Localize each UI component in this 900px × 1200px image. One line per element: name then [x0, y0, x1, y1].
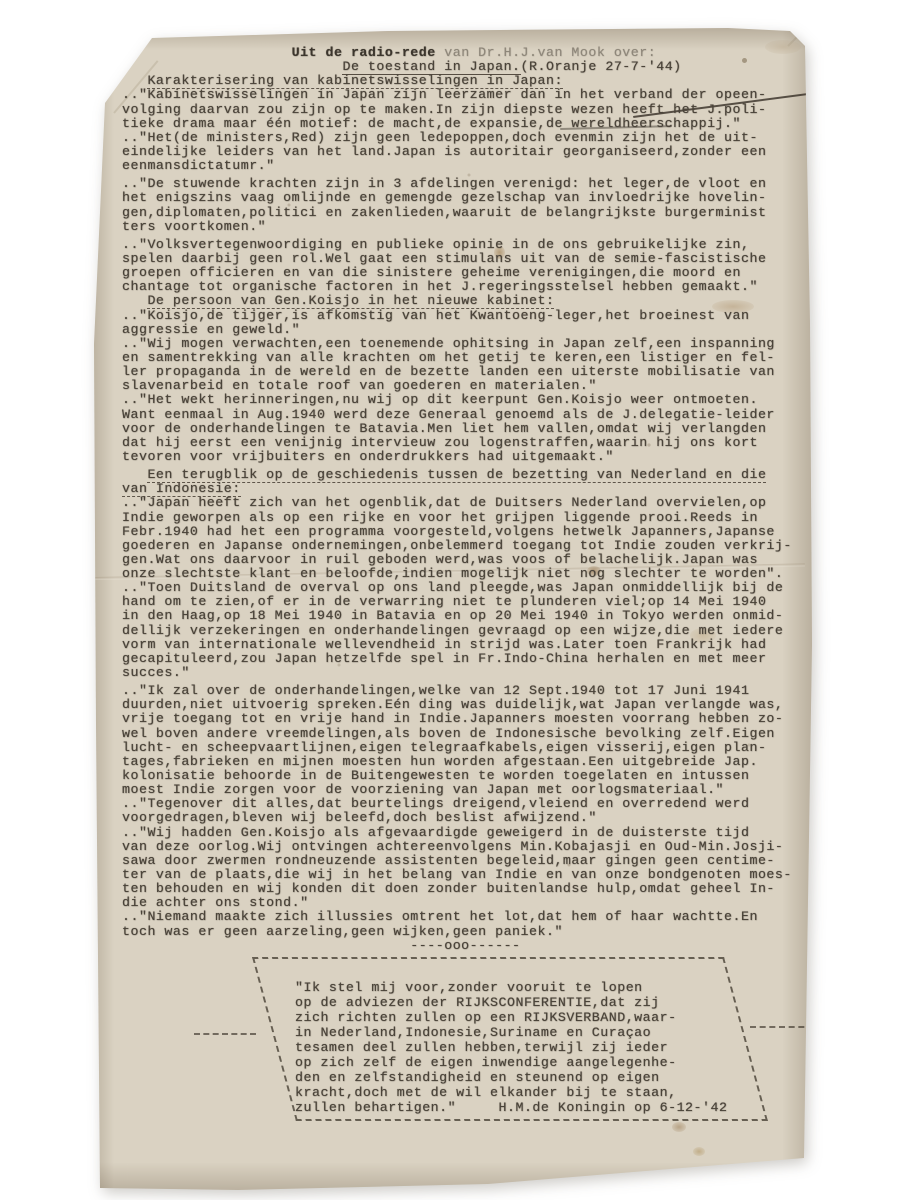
typewritten-line: tevoren voor vrijbuiters en onderdrukker… [122, 450, 806, 464]
quote-line: op zich zelf de eigen inwendige aangeleg… [295, 1055, 727, 1070]
typewritten-text-block: Uit de radio-rede van Dr.H.J.van Mook ov… [122, 46, 806, 953]
typewritten-line: dellijk verzekeringen en onderhandelinge… [122, 624, 806, 638]
quote-line: kracht,doch met de wil elkander bij te s… [295, 1085, 727, 1100]
typewritten-line: eindelijke leiders van het land.Japan is… [122, 145, 806, 159]
typewritten-line: voorgedragen,bleven wij beleefd,doch bes… [122, 811, 806, 825]
typewritten-line: gen,diplomaten,politici en zakenlieden,w… [122, 206, 806, 220]
typewritten-line: Karakterisering van kabinetswisselingen … [122, 74, 806, 88]
typewritten-line: moest Indie zorgen voor de voorziening v… [122, 783, 806, 797]
quote-line: zullen behartigen." H.M.de Koningin op 6… [295, 1100, 727, 1115]
typewritten-line: .."Volksvertegenwoordiging en publieke o… [122, 238, 806, 252]
typewritten-line: wel boven andere vreemdelingen,als boven… [122, 727, 806, 741]
typewritten-line: Indie geworpen als op een rijke en voor … [122, 511, 806, 525]
typewritten-line: toch was er geen aarzeling,geen wijken,g… [122, 925, 806, 939]
typewritten-line: ----ooo------ [122, 939, 806, 953]
typewritten-line: ters voortkomen." [122, 220, 806, 234]
typewritten-line: en samentrekking van alle krachten om he… [122, 351, 806, 365]
typewritten-line: dat hij eerst een venijnig intervieuw zo… [122, 436, 806, 450]
typewritten-line: lucht- en scheepvaartlijnen,eigen telegr… [122, 741, 806, 755]
typewritten-line: onze slechtste klant en beloofde,indien … [122, 567, 806, 581]
typewritten-line: Een terugblik op de geschiedenis tussen … [122, 468, 806, 482]
quote-line: in Nederland,Indonesie,Suriname en Curaç… [295, 1025, 727, 1040]
typewritten-line: .."Kabinetswisselingen in Japan zijn lee… [122, 88, 806, 102]
typewritten-line: van deze oorlog.Wij ontvingen achtereenv… [122, 840, 806, 854]
quote-line: den en zelfstandigheid en steunend op ei… [295, 1070, 727, 1085]
typewritten-line: De toestand in Japan.(R.Oranje 27-7-'44) [122, 60, 806, 74]
typewritten-line: goederen en Japanse ondernemingen,onbele… [122, 539, 806, 553]
quote-line: "Ik stel mij voor,zonder vooruit te lope… [295, 980, 727, 995]
typewritten-line: van Indonesie: [122, 482, 806, 496]
paper-shadow-wrapper: Uit de radio-rede van Dr.H.J.van Mook ov… [88, 24, 812, 1196]
typewritten-line: het enigszins vaag omlijnde en gemengde … [122, 191, 806, 205]
document-photo: Uit de radio-rede van Dr.H.J.van Mook ov… [0, 0, 900, 1200]
typewritten-line: voor de onderhandelingen te Batavia.Men … [122, 422, 806, 436]
typewritten-line: Febr.1940 had het een programma voorgest… [122, 525, 806, 539]
typewritten-line: slavenarbeid en totale roof van goederen… [122, 379, 806, 393]
quote-line: op de adviezen der RIJKSCONFERENTIE,dat … [295, 995, 727, 1010]
typewritten-line: .."Tegenover dit alles,dat beurtelings d… [122, 797, 806, 811]
typewritten-line: succes." [122, 666, 806, 680]
typewritten-line: volging daarvan zou zijn op te maken.In … [122, 103, 806, 117]
typewritten-line: vrije toegang tot en vrije hand in Indie… [122, 712, 806, 726]
typewritten-line: duurden,niet uitvoerig spreken.Eén ding … [122, 698, 806, 712]
quote-line: tesamen deel zullen hebben,terwijl zij i… [295, 1040, 727, 1055]
typewritten-line: hand om te zien,of er in de verwarring n… [122, 595, 806, 609]
typewritten-line: tages,fabrieken en mijnen moesten hun wo… [122, 755, 806, 769]
typewritten-line: Want eenmaal in Aug.1940 werd deze Gener… [122, 408, 806, 422]
typewritten-line: Uit de radio-rede van Dr.H.J.van Mook ov… [122, 46, 806, 60]
typewritten-line: .."De stuwende krachten zijn in 3 afdeli… [122, 177, 806, 191]
queen-quote-text-block: "Ik stel mij voor,zonder vooruit te lope… [295, 980, 727, 1115]
typewritten-line: ter van de plaats,die wij in het belang … [122, 868, 806, 882]
typewritten-line: .."Ik zal over de onderhandelingen,welke… [122, 684, 806, 698]
top-right-corner-crease [787, 30, 804, 47]
typewritten-line: tieke drama maar één motief: de macht,de… [122, 117, 806, 131]
typewritten-line: .."Het(de ministers,Red) zijn geen ledep… [122, 131, 806, 145]
typewritten-line: sawa door zwermen rondneuzende assistent… [122, 854, 806, 868]
typewritten-line: chantage tot organische factoren in het … [122, 280, 806, 294]
typewritten-line: in den Haag,op 18 Mei 1940 in Batavia en… [122, 609, 806, 623]
typewritten-line: .."Koisjo,de tijger,is afkomstig van het… [122, 309, 806, 323]
typewritten-line: kolonisatie behoorde in de Buitengeweste… [122, 769, 806, 783]
typewritten-line: .."Het wekt herinneringen,nu wij op dit … [122, 393, 806, 407]
typewritten-line: .."Japan heeft zich van het ogenblik,dat… [122, 496, 806, 510]
typewritten-line: eenmansdictatumr." [122, 159, 806, 173]
typewritten-line: .."Wij mogen verwachten,een toenemende o… [122, 337, 806, 351]
typewritten-line: aggressie en geweld." [122, 323, 806, 337]
typewritten-line: .."Toen Duitsland de overval op ons land… [122, 581, 806, 595]
typewritten-line: die achter ons stond." [122, 896, 806, 910]
typewritten-line: .."Niemand maakte zich illussies omtrent… [122, 910, 806, 924]
typewritten-line: ten behouden en wij konden dit doen zond… [122, 882, 806, 896]
ink-stain [693, 1147, 705, 1156]
typewritten-line: De persoon van Gen.Koisjo in het nieuwe … [122, 294, 806, 308]
typewritten-line: gen.Wat ons daarvoor in ruil geboden wer… [122, 553, 806, 567]
aged-paper-sheet: Uit de radio-rede van Dr.H.J.van Mook ov… [88, 24, 812, 1196]
typewritten-line: gecapituleerd,zou Japan hetzelfde spel i… [122, 652, 806, 666]
ink-stain [672, 1122, 686, 1132]
typewritten-line: spelen daarbij geen rol.Wel gaat een sti… [122, 252, 806, 266]
typewritten-line: vorm van internationale wellevendheid in… [122, 638, 806, 652]
quote-line: zich richten zullen op een RIJKSVERBAND,… [295, 1010, 727, 1025]
typewritten-line: ler propaganda in de wereld en de bezett… [122, 365, 806, 379]
paper-speckles [88, 24, 90, 26]
typed-dash-extension-left [194, 1033, 256, 1035]
typewritten-line: .."Wij hadden Gen.Koisjo als afgevaardig… [122, 826, 806, 840]
typed-dash-extension-right [750, 1026, 814, 1028]
typewritten-line: groepen officieren en van die sinistere … [122, 266, 806, 280]
